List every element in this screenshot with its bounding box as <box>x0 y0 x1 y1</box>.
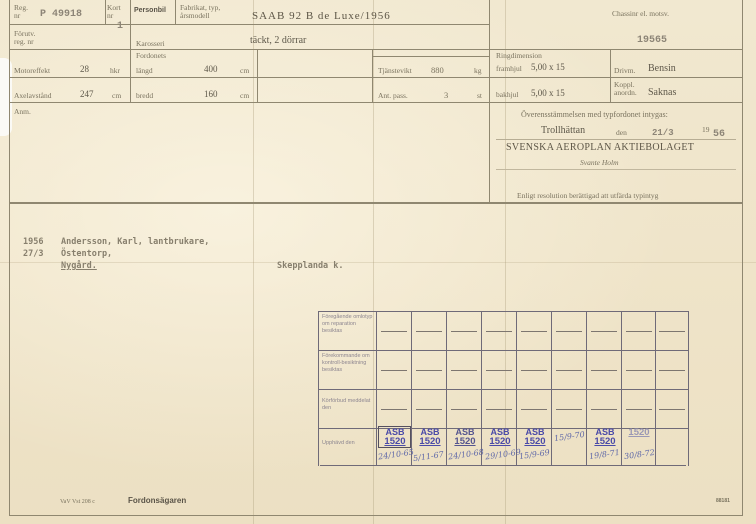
kort-nr-label: Kort nr <box>107 4 125 21</box>
owner-parish: Skepplanda k. <box>277 262 344 271</box>
motor-unit: hkr <box>110 67 120 75</box>
grid-row-label: Föregående omlotyp om reparation besikta… <box>322 314 374 335</box>
kort-nr-value: 1 <box>117 22 123 32</box>
owner-year: 1956 <box>23 238 43 247</box>
form-code: VaV Vst 208 c <box>60 499 95 505</box>
owner-line-1: Andersson, Karl, lantbrukare, <box>61 238 209 247</box>
remarks-label: Anm. <box>14 108 31 116</box>
body-value: täckt, 2 dörrar <box>250 36 306 46</box>
owner-date: 27/3 <box>23 250 43 259</box>
chassis-value: 19565 <box>637 36 667 46</box>
passengers-unit: st <box>477 92 482 100</box>
body-label: Karosseri <box>136 40 165 48</box>
handwritten-date: 30/8-72 <box>624 448 656 461</box>
certification-place: Trollhättan <box>541 126 585 136</box>
weight-unit: kg <box>474 67 482 75</box>
grid-row-label: Körförbud meddelat den <box>322 398 374 412</box>
axle-unit: cm <box>112 92 121 100</box>
front-tire-label: framhjul <box>496 65 522 73</box>
inspection-stamp: ASB1520 <box>381 428 409 447</box>
owner-line-2: Östentorp, <box>61 250 112 259</box>
make-value: SAAB 92 B de Luxe/1956 <box>252 11 391 22</box>
axle-label: Axelavstånd <box>14 92 52 100</box>
width-label: bredd <box>136 92 153 100</box>
inspection-stamp: ASB1520 <box>416 428 444 447</box>
owner-label: Fordonsägaren <box>128 497 186 505</box>
width-unit: cm <box>240 92 249 100</box>
grid-row-label: Upphävd den <box>322 440 374 447</box>
length-label: längd <box>136 67 153 75</box>
torn-edge <box>0 58 12 136</box>
width-value: 160 <box>204 90 218 99</box>
axle-value: 247 <box>80 90 94 99</box>
make-label: Fabrikat, typ, årsmodell <box>180 4 240 21</box>
inspection-stamp: ASB1520 <box>451 428 479 447</box>
motor-value: 28 <box>80 65 89 74</box>
passengers-label: Ant. pass. <box>378 92 408 100</box>
grid-row-label: Förekommande om kontroll-besiktning besi… <box>322 353 374 374</box>
certification-date: 21/3 <box>652 129 674 138</box>
inspection-stamp: ASB1520 <box>486 428 514 447</box>
length-unit: cm <box>240 67 249 75</box>
serial-number: 88181 <box>716 499 730 504</box>
weight-label: Tjänstevikt <box>378 67 412 75</box>
vehicle-category: Personbil <box>134 7 166 14</box>
fold-line <box>0 262 756 263</box>
handwritten-date: 5/11-67 <box>413 450 445 463</box>
inspection-stamp: ASB1520 <box>591 428 619 447</box>
length-value: 400 <box>204 65 218 74</box>
vehicle-label: Fordonets <box>136 52 166 60</box>
chassis-label: Chassinr el. motsv. <box>612 10 669 18</box>
tire-label: Ringdimension <box>496 52 542 60</box>
reg-nr-value: P 49918 <box>40 10 82 20</box>
prev-reg-label: Förutv. reg. nr <box>14 30 44 47</box>
inspection-stamp: 1520 <box>625 428 653 438</box>
signatory: Svante Holm <box>580 159 619 167</box>
rear-tire-label: bakhjul <box>496 91 519 99</box>
fuel-value: Bensin <box>648 64 676 74</box>
document-paper: Reg. nr P 49918 Kort nr 1 Personbil Fabr… <box>0 0 756 524</box>
coupling-label: Koppl. anordn. <box>614 81 644 98</box>
front-tire-value: 5,00 x 15 <box>531 63 565 72</box>
coupling-value: Saknas <box>648 88 676 98</box>
passengers-value: 3 <box>444 91 448 100</box>
owner-line-3: Nygård. <box>61 262 97 271</box>
rear-tire-value: 5,00 x 15 <box>531 89 565 98</box>
handwritten-date: 24/10-68 <box>448 448 485 462</box>
company-name: SVENSKA AEROPLAN AKTIEBOLAGET <box>506 143 694 153</box>
fuel-label: Drivm. <box>614 67 635 75</box>
weight-value: 880 <box>431 66 444 75</box>
handwritten-date: 15/9-70 <box>554 430 586 443</box>
motor-label: Motoreffekt <box>14 67 50 75</box>
certification-intro: Överensstämmelsen med typfordonet intyga… <box>521 111 668 119</box>
handwritten-date: 19/8-71 <box>589 448 621 461</box>
handwritten-date: 15/9-69 <box>519 448 551 461</box>
inspection-stamp: ASB1520 <box>521 428 549 447</box>
reg-nr-label: Reg. nr <box>14 4 32 21</box>
handwritten-date: 24/10-65 <box>378 448 415 462</box>
year-prefix: 19 <box>702 126 710 134</box>
den-label: den <box>616 129 627 137</box>
resolution-text: Enligt resolution berättigad att utfärda… <box>517 192 658 200</box>
